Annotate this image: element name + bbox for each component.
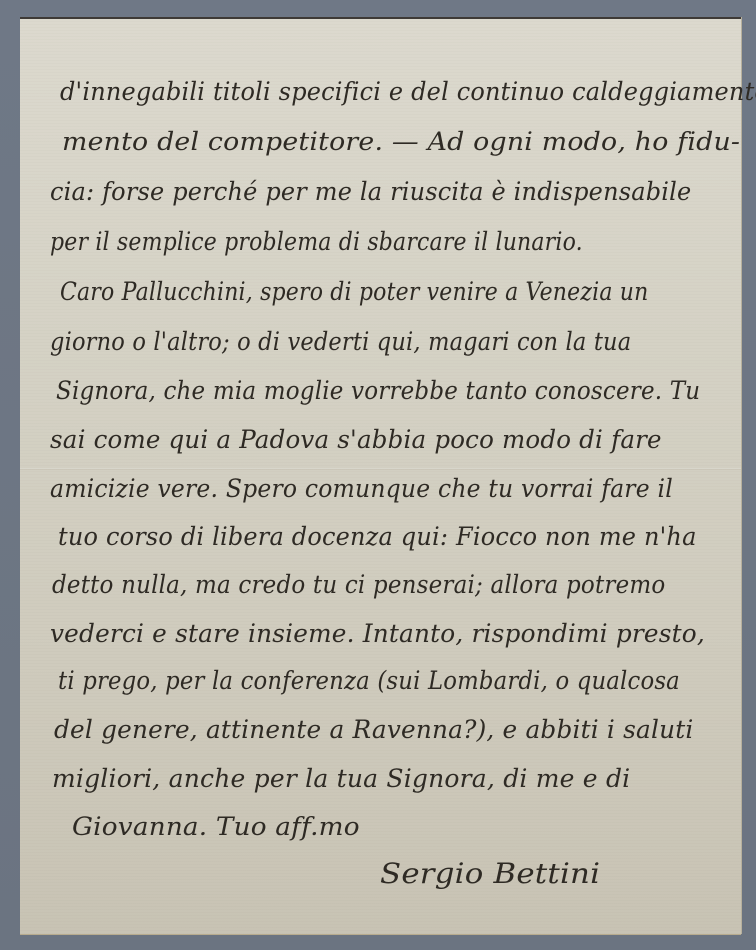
letter-line-7: Signora, che mia moglie vorrebbe tanto c… [56, 376, 700, 405]
letter-line-10: tuo corso di libera docenza qui: Fiocco … [58, 522, 697, 551]
letter-line-4: per il semplice problema di sbarcare il … [50, 227, 583, 256]
letter-line-14: del genere, attinente a Ravenna?), e abb… [54, 715, 693, 744]
letter-signature: Sergio Bettini [380, 857, 600, 890]
letter-line-1: d'innegabili titoli specifici e del cont… [60, 77, 756, 106]
letter-line-12: vederci e stare insieme. Intanto, rispon… [50, 619, 705, 648]
paper-fold-crease [20, 468, 741, 470]
letter-line-15: migliori, anche per la tua Signora, di m… [52, 764, 630, 793]
letter-line-3: cia: forse perché per me la riuscita è i… [50, 177, 691, 206]
letter-line-11: detto nulla, ma credo tu ci penserai; al… [52, 570, 665, 599]
letter-line-13: ti prego, per la conferenza (sui Lombard… [58, 666, 680, 695]
letter-sheet: d'innegabili titoli specifici e del cont… [20, 17, 741, 934]
letter-closing: Giovanna. Tuo aff.mo [72, 812, 360, 841]
letter-line-8: sai come qui a Padova s'abbia poco modo … [50, 425, 662, 454]
letter-line-9: amicizie vere. Spero comunque che tu vor… [50, 474, 673, 503]
letter-line-5: Caro Pallucchini, spero di poter venire … [60, 277, 648, 306]
letter-line-6: giorno o l'altro; o di vederti qui, maga… [50, 327, 631, 356]
letter-line-2: mento del competitore. — Ad ogni modo, h… [62, 127, 740, 156]
